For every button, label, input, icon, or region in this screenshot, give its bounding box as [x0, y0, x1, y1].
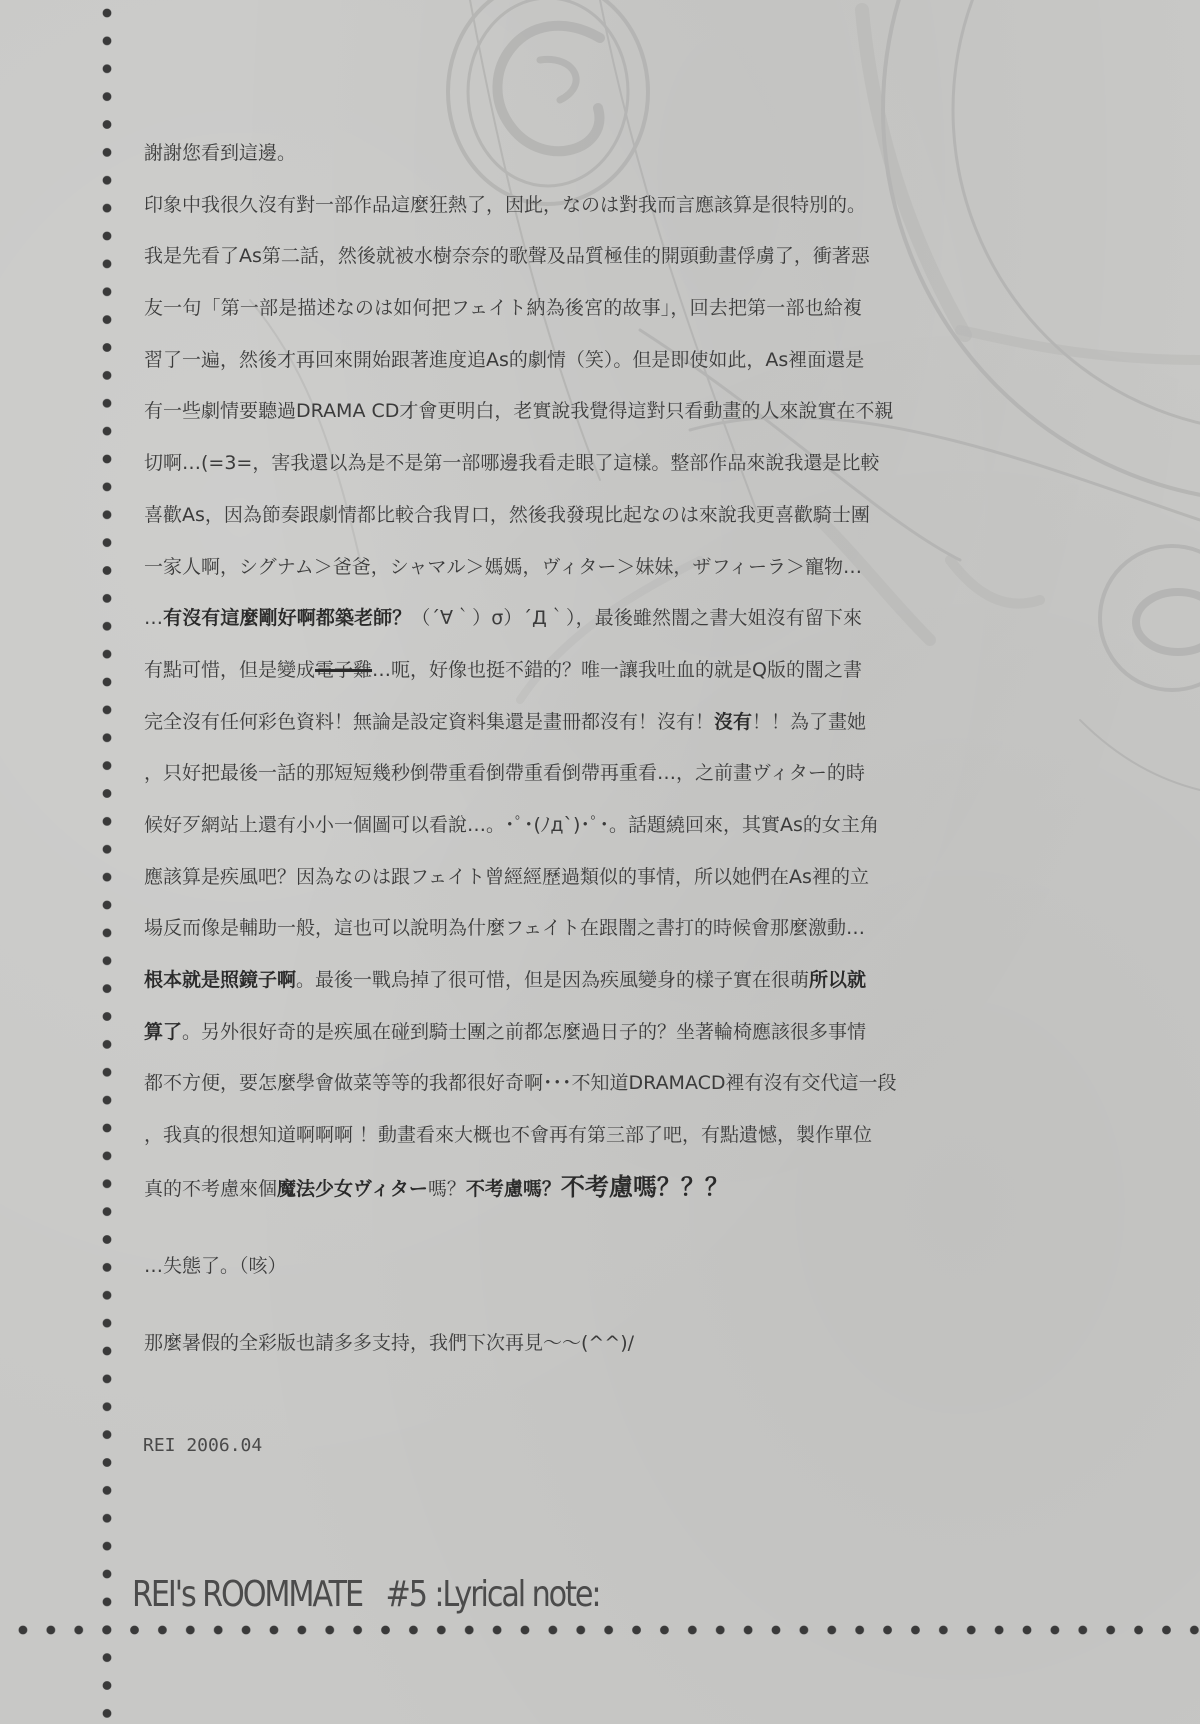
text-line: 印象中我很久沒有對一部作品這麼狂熱了，因此，なのは對我而言應該算是很特別的。: [144, 180, 862, 232]
text-line: 喜歡As，因為節奏跟劇情都比較合我胃口，然後我發現比起なのは來說我更喜歡騎士團: [144, 490, 862, 542]
issue-number: #5: [386, 1574, 426, 1615]
text-segment: 。最後一戰烏掉了很可惜，但是因為疾風變身的樣子實在很萌: [296, 969, 809, 991]
issue-subtitle: :Lyrical note:: [434, 1574, 599, 1615]
text-line: 候好歹網站上還有小小一個圖可以看說…。･ﾟ･(ﾉд`)･ﾟ･。話題繞回來，其實A…: [144, 800, 862, 852]
text-line: 切啊…(=3=，害我還以為是不是第一部哪邊我看走眼了這樣。整部作品來說我還是比較: [144, 438, 862, 490]
text-segment: 有點可惜，但是變成: [144, 659, 315, 681]
text-line: 完全沒有任何彩色資料！無論是設定資料集還是畫冊都沒有！沒有！沒有！！為了畫她: [144, 697, 862, 749]
text-segment: 真的不考慮來個: [144, 1178, 277, 1200]
horizontal-dot-border: [9, 1625, 1200, 1635]
series-title: REI's ROOMMATE: [132, 1574, 362, 1615]
text-segment: ，只好把最後一話的那短短幾秒倒帶重看倒帶重看倒帶再重看…，之前畫ヴィター的時: [144, 762, 865, 784]
strikethrough-text: 電子雞: [315, 659, 372, 681]
text-segment: 候好歹網站上還有小小一個圖可以看說…。･ﾟ･(ﾉд`)･ﾟ･。話題繞回來，其實A…: [144, 814, 879, 836]
text-segment: …: [144, 607, 163, 629]
closing-line: …失態了。（咳）: [144, 1251, 287, 1281]
afterword-text: 謝謝您看到這邊。 印象中我很久沒有對一部作品這麼狂熱了，因此，なのは對我而言應該…: [144, 128, 862, 1213]
text-line: 一家人啊，シグナム＞爸爸，シャマル＞媽媽，ヴィター＞妹妹，ザフィーラ＞寵物…: [144, 542, 862, 594]
vertical-dot-border: [102, 0, 112, 1724]
text-segment: （´∀｀）σ）´Д｀），最後雖然闇之書大姐沒有留下來: [411, 607, 862, 629]
emphasis-text: 所以就: [809, 969, 866, 991]
emphasis-text: 算了: [144, 1021, 182, 1043]
text-segment: 場反而像是輔助一般，這也可以說明為什麼フェイト在跟闇之書打的時候會那麼激動…: [144, 917, 865, 939]
text-line: 根本就是照鏡子啊。最後一戰烏掉了很可惜，但是因為疾風變身的樣子實在很萌所以就: [144, 955, 862, 1007]
emphasis-text: 沒有: [714, 711, 752, 733]
text-segment: 我是先看了As第二話，然後就被水樹奈奈的歌聲及品質極佳的開頭動畫俘虜了，衝著惡: [144, 245, 870, 267]
text-segment: 切啊…(=3=，害我還以為是不是第一部哪邊我看走眼了這樣。整部作品來說我還是比較: [144, 452, 879, 474]
text-segment: 謝謝您看到這邊。: [144, 142, 296, 164]
text-line: 有點可惜，但是變成電子雞…呃，好像也挺不錯的？唯一讓我吐血的就是Q版的闇之書: [144, 645, 862, 697]
emphasis-text: 有沒有這麼剛好啊都築老師？: [163, 607, 411, 629]
text-segment: 喜歡As，因為節奏跟劇情都比較合我胃口，然後我發現比起なのは來說我更喜歡騎士團: [144, 504, 870, 526]
footer-title: REI's ROOMMATE#5:Lyrical note:: [132, 1577, 599, 1613]
text-segment: 一家人啊，シグナム＞爸爸，シャマル＞媽媽，ヴィター＞妹妹，ザフィーラ＞寵物…: [144, 556, 862, 578]
author-signature: REI 2006.04: [143, 1434, 262, 1458]
text-line: 都不方便，要怎麼學會做菜等等的我都很好奇啊･･･不知道DRAMACD裡有沒有交代…: [144, 1058, 862, 1110]
text-segment: ，我真的很想知道啊啊啊 ！動畫看來大概也不會再有第三部了吧，有點遺憾，製作單位: [144, 1124, 872, 1146]
text-segment: 友一句「第一部是描述なのは如何把フェイト納為後宮的故事」，回去把第一部也給複: [144, 297, 862, 319]
text-segment: ！！為了畫她: [752, 711, 866, 733]
text-line: 算了。另外很好奇的是疾風在碰到騎士團之前都怎麼過日子的？坐著輪椅應該很多事情: [144, 1007, 862, 1059]
text-segment: 嗎？: [428, 1178, 466, 1200]
text-segment: 。另外很好奇的是疾風在碰到騎士團之前都怎麼過日子的？坐著輪椅應該很多事情: [182, 1021, 866, 1043]
text-line: …有沒有這麼剛好啊都築老師？（´∀｀）σ）´Д｀），最後雖然闇之書大姐沒有留下來: [144, 593, 862, 645]
text-segment: 習了一遍，然後才再回來開始跟著進度追As的劇情（笑）。但是即使如此，As裡面還是: [144, 349, 864, 371]
text-line: 真的不考慮來個魔法少女ヴィター嗎？不考慮嗎？不考慮嗎？？？: [144, 1162, 862, 1214]
text-segment: 完全沒有任何彩色資料！無論是設定資料集還是畫冊都沒有！沒有！: [144, 711, 714, 733]
emphasis-text: 魔法少女ヴィター: [277, 1178, 428, 1200]
emphasis-text: 根本就是照鏡子啊: [144, 969, 296, 991]
large-emphasis-text: 不考慮嗎？？？: [561, 1173, 729, 1201]
emphasis-text: 不考慮嗎？: [466, 1178, 561, 1200]
text-line: 應該算是疾風吧？因為なのは跟フェイト曾經經歷過類似的事情，所以她們在As裡的立: [144, 852, 862, 904]
text-segment: 都不方便，要怎麼學會做菜等等的我都很好奇啊･･･不知道DRAMACD裡有沒有交代…: [144, 1072, 897, 1094]
text-line: 友一句「第一部是描述なのは如何把フェイト納為後宮的故事」，回去把第一部也給複: [144, 283, 862, 335]
text-line: 場反而像是輔助一般，這也可以說明為什麼フェイト在跟闇之書打的時候會那麼激動…: [144, 903, 862, 955]
text-line: 有一些劇情要聽過DRAMA CD才會更明白，老實說我覺得這對只看動畫的人來說實在…: [144, 386, 862, 438]
text-segment: 印象中我很久沒有對一部作品這麼狂熱了，因此，なのは對我而言應該算是很特別的。: [144, 194, 866, 216]
text-line: 謝謝您看到這邊。: [144, 128, 862, 180]
text-segment: 有一些劇情要聽過DRAMA CD才會更明白，老實說我覺得這對只看動畫的人來說實在…: [144, 400, 893, 422]
closing-line: 那麼暑假的全彩版也請多多支持，我們下次再見～～(^^)/: [144, 1328, 634, 1358]
text-line: 習了一遍，然後才再回來開始跟著進度追As的劇情（笑）。但是即使如此，As裡面還是: [144, 335, 862, 387]
text-line: ，我真的很想知道啊啊啊 ！動畫看來大概也不會再有第三部了吧，有點遺憾，製作單位: [144, 1110, 862, 1162]
text-line: ，只好把最後一話的那短短幾秒倒帶重看倒帶重看倒帶再重看…，之前畫ヴィター的時: [144, 748, 862, 800]
text-segment: 應該算是疾風吧？因為なのは跟フェイト曾經經歷過類似的事情，所以她們在As裡的立: [144, 866, 869, 888]
text-segment: …呃，好像也挺不錯的？唯一讓我吐血的就是Q版的闇之書: [372, 659, 862, 681]
text-line: 我是先看了As第二話，然後就被水樹奈奈的歌聲及品質極佳的開頭動畫俘虜了，衝著惡: [144, 231, 862, 283]
